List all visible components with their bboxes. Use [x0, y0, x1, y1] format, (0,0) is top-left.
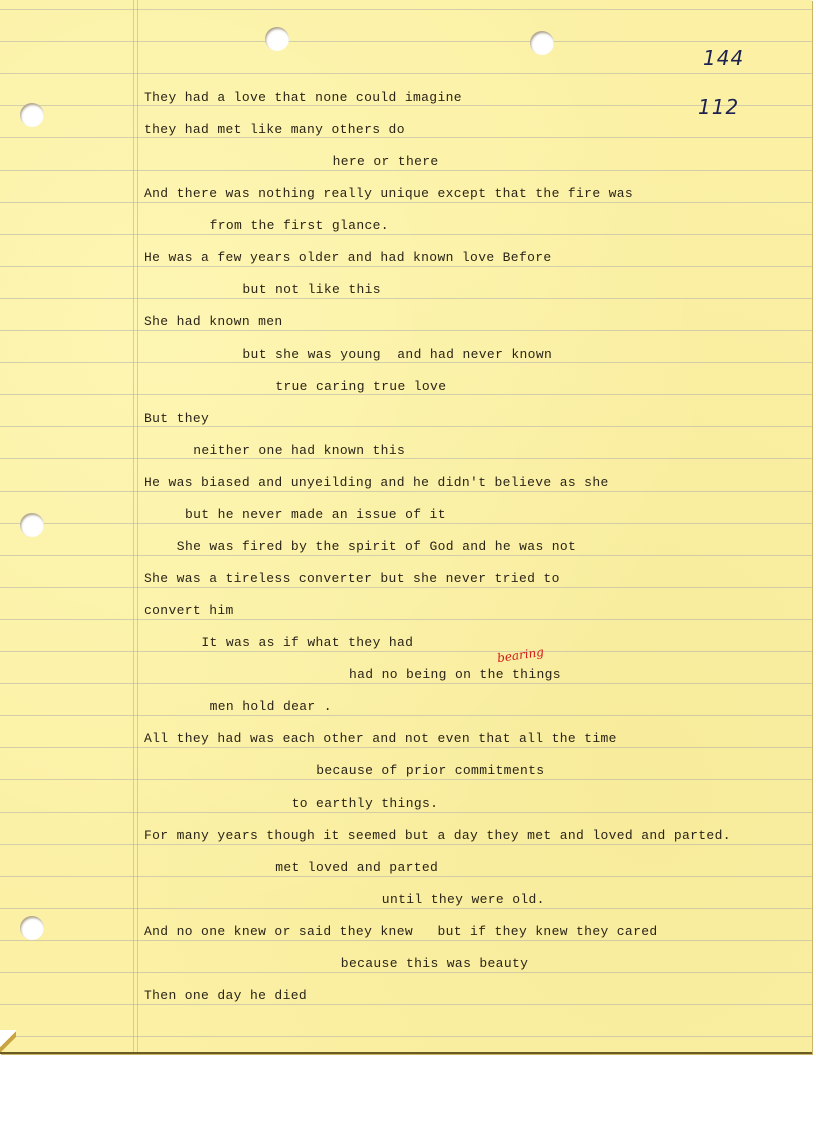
- poem-line: And there was nothing really unique exce…: [144, 186, 633, 202]
- poem-line: men hold dear .: [210, 699, 332, 715]
- punch-hole-top-2: [530, 31, 554, 55]
- ruled-line: [0, 202, 812, 203]
- legal-pad-page: 144 112 They had a love that none could …: [0, 0, 812, 1054]
- poem-line: they had met like many others do: [144, 122, 405, 138]
- poem-line: She had known men: [144, 314, 283, 330]
- ruled-line: [0, 779, 812, 780]
- ruled-line: [0, 330, 812, 331]
- poem-line: but not like this: [242, 282, 381, 298]
- punch-hole-top-1: [265, 27, 289, 51]
- ruled-line: [0, 41, 812, 42]
- poem-line: convert him: [144, 603, 234, 619]
- ruled-line: [0, 555, 812, 556]
- poem-line: But they: [144, 411, 209, 427]
- margin-line-right: [137, 0, 138, 1052]
- poem-line: to earthly things.: [292, 796, 439, 812]
- ruled-line: [0, 876, 812, 877]
- page-number-primary: 144: [703, 46, 744, 70]
- punch-hole-mid-left: [20, 513, 44, 537]
- poem-line: because of prior commitments: [316, 763, 544, 779]
- ruled-line: [0, 747, 812, 748]
- poem-line: Then one day he died: [144, 988, 307, 1004]
- ruled-line: [0, 491, 812, 492]
- ruled-line: [0, 908, 812, 909]
- page-number-secondary: 112: [698, 95, 739, 119]
- poem-line: until they were old.: [382, 892, 545, 908]
- poem-line: but he never made an issue of it: [185, 507, 446, 523]
- poem-line: They had a love that none could imagine: [144, 90, 462, 106]
- ruled-line: [0, 298, 812, 299]
- ruled-line: [0, 587, 812, 588]
- ruled-line: [0, 1004, 812, 1005]
- handwritten-correction: bearing: [496, 645, 544, 665]
- ruled-line: [0, 812, 812, 813]
- poem-line: but she was young and had never known: [242, 347, 552, 363]
- poem-line: He was biased and unyeilding and he didn…: [144, 475, 609, 491]
- ruled-line: [0, 940, 812, 941]
- poem-line: met loved and parted: [275, 860, 438, 876]
- poem-line: He was a few years older and had known l…: [144, 250, 552, 266]
- ruled-line: [0, 73, 812, 74]
- ruled-line: [0, 426, 812, 427]
- ruled-line: [0, 234, 812, 235]
- ruled-line: [0, 9, 812, 10]
- punch-hole-top-left: [20, 103, 44, 127]
- punch-hole-bottom-left: [20, 916, 44, 940]
- poem-line: She was fired by the spirit of God and h…: [177, 539, 576, 555]
- poem-line: true caring true love: [275, 379, 446, 395]
- ruled-line: [0, 619, 812, 620]
- margin-line-left: [133, 0, 134, 1052]
- poem-line: She was a tireless converter but she nev…: [144, 571, 560, 587]
- ruled-line: [0, 137, 812, 138]
- poem-line: neither one had known this: [193, 443, 405, 459]
- ruled-line: [0, 458, 812, 459]
- ruled-line: [0, 523, 812, 524]
- ruled-line: [0, 972, 812, 973]
- ruled-line: [0, 266, 812, 267]
- ruled-line: [0, 715, 812, 716]
- ruled-line: [0, 651, 812, 652]
- poem-line: from the first glance.: [210, 218, 389, 234]
- poem-line: because this was beauty: [341, 956, 528, 972]
- poem-line: It was as if what they had: [201, 635, 413, 651]
- poem-line: had no being on the things: [349, 667, 561, 683]
- ruled-line: [0, 1036, 812, 1037]
- poem-line: For many years though it seemed but a da…: [144, 828, 731, 844]
- poem-line: And no one knew or said they knew but if…: [144, 924, 658, 940]
- poem-line: here or there: [333, 154, 439, 170]
- ruled-line: [0, 683, 812, 684]
- ruled-line: [0, 844, 812, 845]
- ruled-line: [0, 170, 812, 171]
- poem-line: All they had was each other and not even…: [144, 731, 617, 747]
- torn-corner: [0, 1030, 16, 1052]
